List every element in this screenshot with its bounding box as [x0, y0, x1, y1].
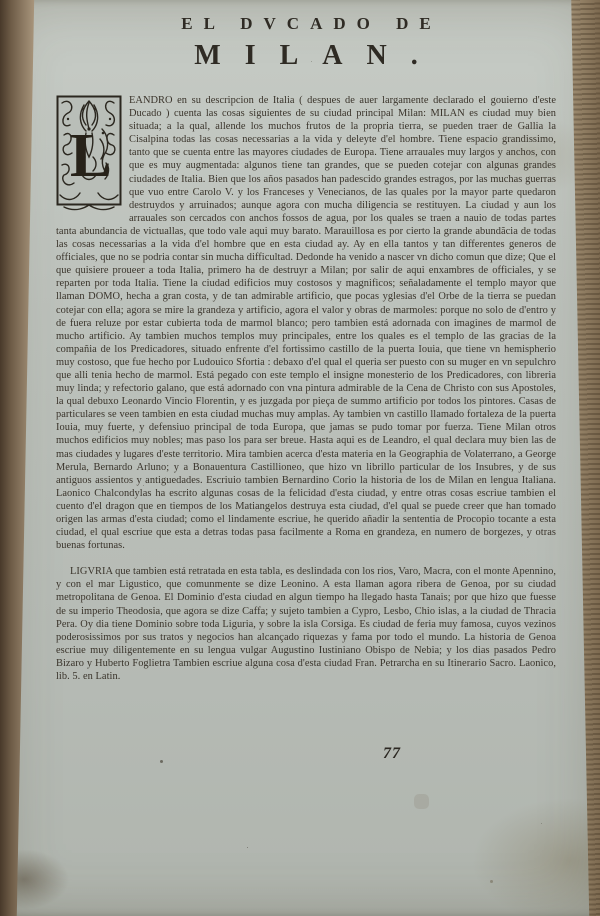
- paragraph-milan: L EANDRO en su descripcion de Italia ( d…: [56, 94, 556, 552]
- paragraph-liguria: LIGVRIA que tambien está retratada en es…: [56, 565, 556, 683]
- page-content: EL DVCADO DE MILAN.: [56, 14, 556, 683]
- page-title-line1: EL DVCADO DE: [56, 14, 556, 34]
- paper-specks: [160, 760, 163, 763]
- book-page: EL DVCADO DE MILAN.: [0, 0, 600, 916]
- paragraph-milan-text: EANDRO en su descripcion de Italia ( des…: [56, 95, 556, 551]
- drop-cap-letter: L: [70, 125, 111, 187]
- page-number: 77: [383, 745, 401, 763]
- body-text: L EANDRO en su descripcion de Italia ( d…: [56, 94, 556, 683]
- page-title-line2: MILAN.: [56, 40, 556, 72]
- book-photo: EL DVCADO DE MILAN.: [0, 0, 600, 916]
- woodcut-initial-L: L: [56, 95, 122, 212]
